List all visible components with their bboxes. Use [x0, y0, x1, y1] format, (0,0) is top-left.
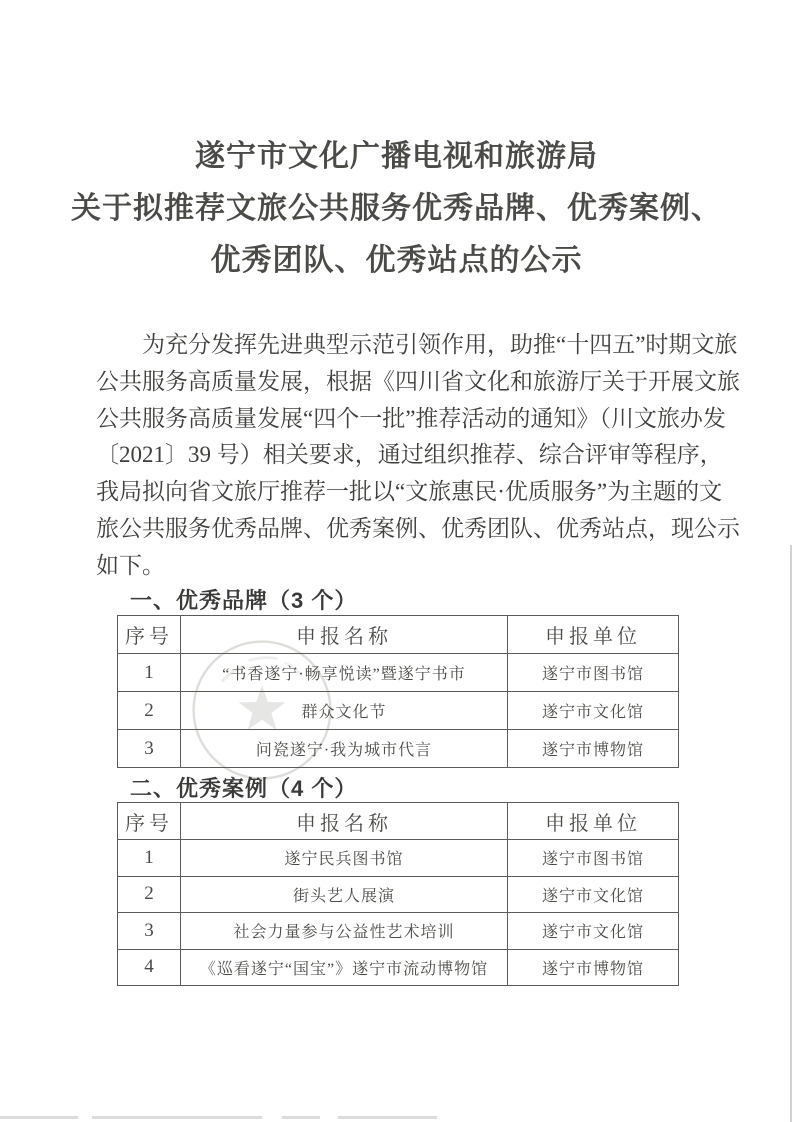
document-title: 遂宁市文化广播电视和旅游局 关于拟推荐文旅公共服务优秀品牌、优秀案例、 优秀团队…: [0, 131, 793, 287]
scan-artifact-bottom-line: [0, 1116, 78, 1119]
table-row: 2 群众文化节 遂宁市文化馆: [118, 692, 679, 730]
table-row: 4 《巡看遂宁“国宝”》遂宁市流动博物馆 遂宁市博物馆: [118, 949, 679, 986]
row-number-cell: 2: [118, 692, 181, 730]
title-line-2: 关于拟推荐文旅公共服务优秀品牌、优秀案例、: [0, 183, 793, 235]
body-line: 〔2021〕39 号）相关要求，通过组织推荐、综合评审等程序，: [96, 437, 703, 474]
row-number-cell: 1: [118, 840, 181, 877]
applicant-unit-cell: 遂宁市博物馆: [508, 949, 679, 986]
project-name-cell: 遂宁民兵图书馆: [181, 840, 508, 877]
body-line: 旅公共服务优秀品牌、优秀案例、优秀团队、优秀站点，现公示: [96, 511, 703, 548]
scan-artifact-right-edge-line: [790, 545, 792, 1122]
applicant-unit-cell: 遂宁市文化馆: [508, 876, 679, 913]
body-line: 我局拟向省文旅厅推荐一批以“文旅惠民·优质服务”为主题的文: [96, 474, 703, 511]
table-row: 3 问瓷遂宁·我为城市代言 遂宁市博物馆: [118, 730, 679, 768]
scan-artifact-bottom-line: [338, 1116, 437, 1119]
excellent-brands-table: 序号 申报名称 申报单位 1 “书香遂宁·畅享悦读”暨遂宁书市 遂宁市图书馆 2…: [117, 615, 679, 768]
row-number-cell: 3: [118, 730, 181, 768]
section-heading-excellent-brands: 一、优秀品牌（3 个）: [130, 584, 357, 615]
project-name-cell: 《巡看遂宁“国宝”》遂宁市流动博物馆: [181, 949, 508, 986]
project-name-cell: 群众文化节: [181, 692, 508, 730]
table-row: 2 街头艺人展演 遂宁市文化馆: [118, 876, 679, 913]
applicant-unit-cell: 遂宁市博物馆: [508, 730, 679, 768]
body-line: 公共服务高质量发展，根据《四川省文化和旅游厅关于开展文旅: [96, 364, 703, 401]
project-name-cell: 街头艺人展演: [181, 876, 508, 913]
header-cell-project-name: 申报名称: [181, 803, 508, 840]
table-row: 1 遂宁民兵图书馆 遂宁市图书馆: [118, 840, 679, 877]
row-number-cell: 1: [118, 654, 181, 692]
project-name-cell: “书香遂宁·畅享悦读”暨遂宁书市: [181, 654, 508, 692]
applicant-unit-cell: 遂宁市图书馆: [508, 840, 679, 877]
body-line: 公共服务高质量发展“四个一批”推荐活动的通知》（川文旅办发: [96, 401, 703, 438]
row-number-cell: 2: [118, 876, 181, 913]
project-name-cell: 社会力量参与公益性艺术培训: [181, 913, 508, 950]
applicant-unit-cell: 遂宁市图书馆: [508, 654, 679, 692]
table-row: 1 “书香遂宁·畅享悦读”暨遂宁书市 遂宁市图书馆: [118, 654, 679, 692]
row-number-cell: 4: [118, 949, 181, 986]
header-cell-number: 序号: [118, 803, 181, 840]
header-cell-applicant-unit: 申报单位: [508, 803, 679, 840]
section-heading-excellent-cases: 二、优秀案例（4 个）: [130, 772, 357, 803]
applicant-unit-cell: 遂宁市文化馆: [508, 913, 679, 950]
table-header-row: 序号 申报名称 申报单位: [118, 616, 679, 654]
row-number-cell: 3: [118, 913, 181, 950]
title-line-3: 优秀团队、优秀站点的公示: [0, 235, 793, 287]
header-cell-number: 序号: [118, 616, 181, 654]
scan-artifact-bottom-line: [92, 1116, 262, 1119]
table-row: 3 社会力量参与公益性艺术培训 遂宁市文化馆: [118, 913, 679, 950]
applicant-unit-cell: 遂宁市文化馆: [508, 692, 679, 730]
header-cell-applicant-unit: 申报单位: [508, 616, 679, 654]
scanned-document-page: 遂宁市文化广播电视和旅游局 关于拟推荐文旅公共服务优秀品牌、优秀案例、 优秀团队…: [0, 0, 793, 1122]
body-line: 为充分发挥先进典型示范引领作用，助推“十四五”时期文旅: [96, 327, 703, 364]
scan-artifact-bottom-line: [282, 1116, 320, 1119]
excellent-cases-table: 序号 申报名称 申报单位 1 遂宁民兵图书馆 遂宁市图书馆 2 街头艺人展演 遂…: [117, 802, 679, 986]
body-paragraph: 为充分发挥先进典型示范引领作用，助推“十四五”时期文旅 公共服务高质量发展，根据…: [96, 327, 703, 585]
title-line-1: 遂宁市文化广播电视和旅游局: [0, 131, 793, 183]
header-cell-project-name: 申报名称: [181, 616, 508, 654]
table-header-row: 序号 申报名称 申报单位: [118, 803, 679, 840]
body-line: 如下。: [96, 548, 703, 585]
project-name-cell: 问瓷遂宁·我为城市代言: [181, 730, 508, 768]
